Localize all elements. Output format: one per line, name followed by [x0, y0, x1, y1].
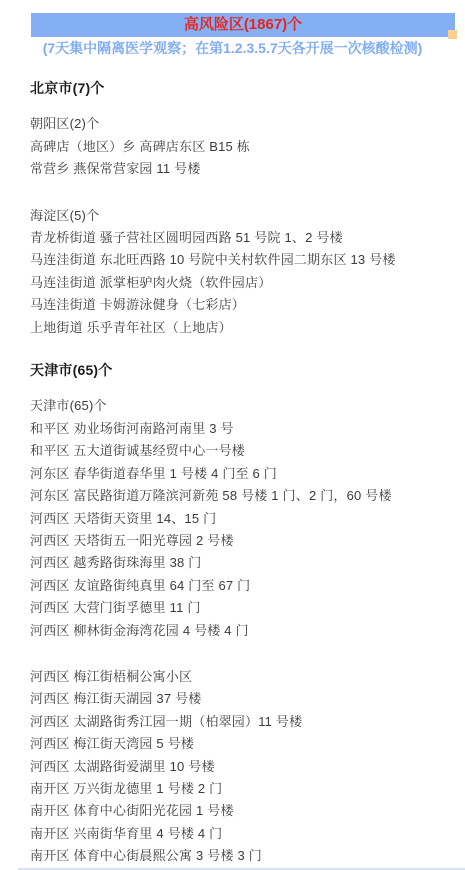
area-group: 河西区 梅江街梧桐公寓小区河西区 梅江街天湖园 37 号楼河西区 太湖路街秀江园…	[30, 666, 459, 868]
risk-level-title: 高风险区(1867)个	[184, 16, 302, 33]
area-group: 天津市(65)个和平区 劝业场街河南路河南里 3 号和平区 五大道街诚基经贸中心…	[30, 395, 459, 641]
risk-area-line: 河西区 梅江街天湖园 37 号楼	[30, 688, 459, 710]
risk-area-line: 河西区 大营门街孚德里 11 门	[30, 597, 459, 619]
risk-area-line: 河西区 梅江街梧桐公寓小区	[30, 666, 459, 688]
city-heading: 天津市(65)个	[30, 359, 459, 381]
risk-area-line: 高碑店（地区）乡 高碑店东区 B15 栋	[30, 136, 459, 158]
risk-area-line: 常营乡 燕保常营家园 11 号楼	[30, 158, 459, 180]
risk-area-line: 河西区 柳林街金海湾花园 4 号楼 4 门	[30, 620, 459, 642]
risk-area-line: 河西区 太湖路街秀江园一期（柏翠园）11 号楼	[30, 711, 459, 733]
risk-area-line: 河西区 太湖路街爱湖里 10 号楼	[30, 756, 459, 778]
risk-area-line: 海淀区(5)个	[30, 205, 459, 227]
area-group: 朝阳区(2)个高碑店（地区）乡 高碑店东区 B15 栋常营乡 燕保常营家园 11…	[30, 113, 459, 180]
risk-area-line: 和平区 劝业场街河南路河南里 3 号	[30, 418, 459, 440]
risk-area-line: 河西区 友谊路街纯真里 64 门至 67 门	[30, 575, 459, 597]
risk-area-line: 朝阳区(2)个	[30, 113, 459, 135]
risk-area-line: 上地街道 乐乎青年社区（上地店）	[30, 317, 459, 339]
sections: 北京市(7)个朝阳区(2)个高碑店（地区）乡 高碑店东区 B15 栋常营乡 燕保…	[30, 77, 459, 868]
risk-area-line: 河西区 天塔街天资里 14、15 门	[30, 508, 459, 530]
resize-handle-square	[448, 30, 457, 39]
risk-area-line: 马连洼街道 卡姆游泳健身（七彩店）	[30, 294, 459, 316]
risk-area-line: 马连洼街道 派掌柜驴肉火烧（软件园店）	[30, 272, 459, 294]
risk-area-line: 河西区 天塔街五一阳光尊园 2 号楼	[30, 530, 459, 552]
risk-area-line: 马连洼街道 东北旺西路 10 号院中关村软件园二期东区 13 号楼	[30, 249, 459, 271]
risk-area-line: 河西区 梅江街天湾园 5 号楼	[30, 733, 459, 755]
quarantine-policy-subtitle: (7天集中隔离医学观察；在第1.2.3.5.7天各开展一次核酸检测)	[0, 40, 465, 57]
risk-area-line: 南开区 万兴街龙德里 1 号楼 2 门	[30, 778, 459, 800]
risk-area-line: 天津市(65)个	[30, 395, 459, 417]
risk-area-line: 河东区 富民路街道万隆滨河新苑 58 号楼 1 门、2 门，60 号楼	[30, 485, 459, 507]
area-group: 海淀区(5)个青龙桥街道 骚子营社区圆明园西路 51 号院 1、2 号楼马连洼街…	[30, 205, 459, 339]
city-heading: 北京市(7)个	[30, 77, 459, 99]
document-page: 高风险区(1867)个 (7天集中隔离医学观察；在第1.2.3.5.7天各开展一…	[0, 0, 465, 870]
risk-area-line: 河东区 春华街道春华里 1 号楼 4 门至 6 门	[30, 463, 459, 485]
risk-area-line: 和平区 五大道街诚基经贸中心一号楼	[30, 440, 459, 462]
risk-area-line: 河西区 越秀路街珠海里 38 门	[30, 552, 459, 574]
risk-area-line: 南开区 体育中心街阳光花园 1 号楼	[30, 800, 459, 822]
risk-area-line: 南开区 体育中心街晨熙公寓 3 号楼 3 门	[30, 845, 459, 867]
risk-area-line: 青龙桥街道 骚子营社区圆明园西路 51 号院 1、2 号楼	[30, 227, 459, 249]
risk-level-header-bar: 高风险区(1867)个	[31, 13, 455, 37]
risk-area-line: 南开区 兴南街华育里 4 号楼 4 门	[30, 823, 459, 845]
